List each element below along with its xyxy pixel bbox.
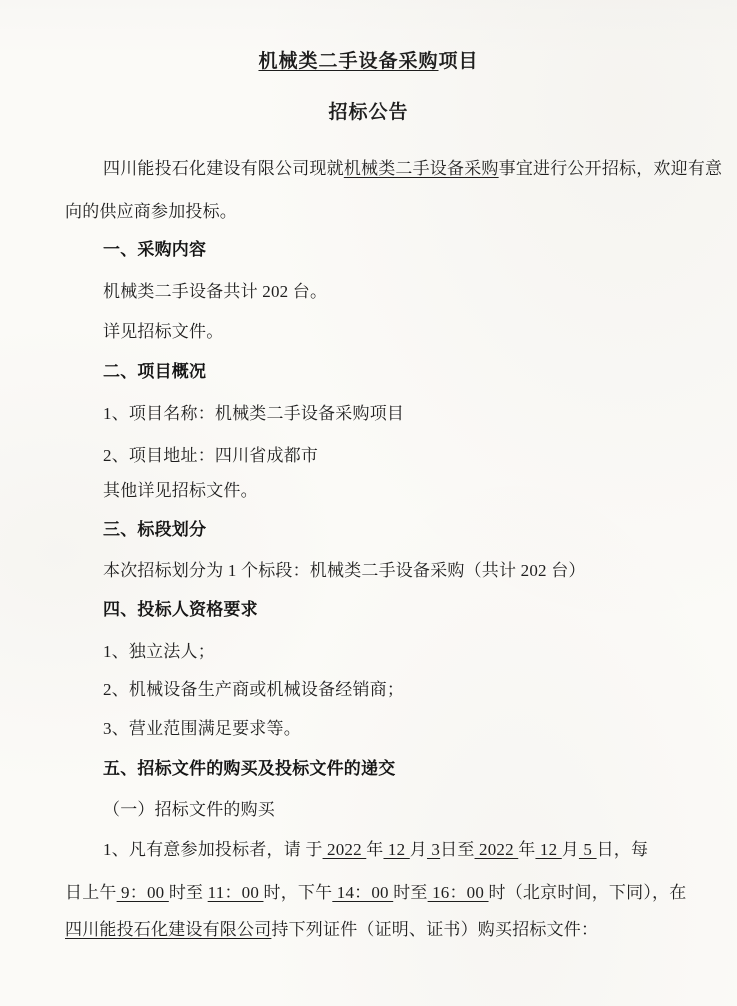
section-2-heading: 二、项目概况 [103, 361, 206, 383]
underlined-text-run: 11：00 [208, 883, 264, 902]
section-1-item-quantity: 机械类二手设备共计 202 台。 [103, 281, 327, 303]
section-5-subheading-1: （一）招标文件的购买 [103, 799, 275, 821]
section-3-heading: 三、标段划分 [103, 519, 206, 541]
underlined-text-run: 16：00 [428, 883, 489, 902]
section-1-heading: 一、采购内容 [103, 239, 206, 261]
section-4-heading: 四、投标人资格要求 [103, 599, 258, 621]
text-run: 一、采购内容 [103, 240, 206, 259]
text-run: 四、投标人资格要求 [103, 600, 258, 619]
underlined-text-run: 12 [535, 840, 561, 859]
text-run: 三、标段划分 [103, 520, 206, 539]
text-run: 日上午 [65, 883, 117, 902]
text-run: 2、机械设备生产商或机械设备经销商； [103, 680, 404, 699]
text-run: 日至 [440, 840, 474, 859]
text-run: 本次招标划分为 1 个标段：机械类二手设备采购（共计 202 台） [103, 561, 586, 580]
text-run: 二、项目概况 [103, 362, 206, 381]
document-title: 机械类二手设备采购项目 [0, 46, 737, 73]
intro-paragraph-line-1: 四川能投石化建设有限公司现就机械类二手设备采购事宜进行公开招标，欢迎有意 [103, 158, 722, 180]
underlined-text-run: 机械类二手设备采购 [258, 51, 438, 72]
scanned-document-page: 机械类二手设备采购项目 招标公告 四川能投石化建设有限公司现就机械类二手设备采购… [0, 0, 737, 1006]
text-run: 四川能投石化建设有限公司现就 [103, 159, 344, 178]
text-run: 1、项目名称：机械类二手设备采购项目 [103, 404, 404, 423]
text-run: 持下列证件（证明、证书）购买招标文件： [271, 920, 598, 939]
intro-paragraph-line-2: 向的供应商参加投标。 [65, 201, 237, 223]
document-subtitle: 招标公告 [0, 97, 737, 124]
text-run: 详见招标文件。 [103, 322, 223, 341]
text-run: 年 [366, 840, 383, 859]
section-2-project-name: 1、项目名称：机械类二手设备采购项目 [103, 403, 404, 425]
section-5-purchase-line-1: 1、凡有意参加投标者，请 于 2022 年 12 月 3日至 2022 年 12… [103, 839, 648, 861]
underlined-text-run: 9：00 [117, 883, 169, 902]
underlined-text-run: 3 [427, 840, 440, 859]
text-run: 时至 [393, 883, 427, 902]
section-4-requirement-3: 3、营业范围满足要求等。 [103, 718, 301, 740]
text-run: 3、营业范围满足要求等。 [103, 719, 301, 738]
section-2-project-address: 2、项目地址：四川省成都市 [103, 445, 318, 467]
section-2-other-see-docs: 其他详见招标文件。 [103, 480, 258, 502]
text-run: 1、独立法人； [103, 642, 215, 661]
text-run: （一）招标文件的购买 [103, 800, 275, 819]
text-run: 事宜进行公开招标，欢迎有意 [499, 159, 723, 178]
section-4-requirement-2: 2、机械设备生产商或机械设备经销商； [103, 679, 404, 701]
text-run: 月 [410, 840, 427, 859]
text-run: 其他详见招标文件。 [103, 481, 258, 500]
text-run: 1、凡有意参加投标者，请 于 [103, 840, 323, 859]
text-run: 五、招标文件的购买及投标文件的递交 [103, 759, 395, 778]
section-5-purchase-line-3: 四川能投石化建设有限公司持下列证件（证明、证书）购买招标文件： [65, 919, 598, 941]
text-run: 时，下午 [264, 883, 333, 902]
underlined-text-run: 2022 [323, 840, 367, 859]
section-5-heading: 五、招标文件的购买及投标文件的递交 [103, 758, 395, 780]
underlined-text-run: 四川能投石化建设有限公司 [65, 920, 271, 939]
text-run: 月 [562, 840, 579, 859]
section-5-purchase-line-2: 日上午 9：00 时至 11：00 时，下午 14：00 时至 16：00 时（… [65, 882, 686, 904]
text-run: 年 [518, 840, 535, 859]
underlined-text-run: 14：00 [332, 883, 393, 902]
underlined-text-run: 2022 [475, 840, 519, 859]
section-1-item-see-docs: 详见招标文件。 [103, 321, 223, 343]
text-run: 时至 [169, 883, 208, 902]
text-run: 时（北京时间，下同），在 [489, 883, 687, 902]
underlined-text-run: 5 [579, 840, 597, 859]
text-run: 日，每 [597, 840, 649, 859]
text-run: 项目 [439, 51, 479, 72]
text-run: 2、项目地址：四川省成都市 [103, 446, 318, 465]
underlined-text-run: 12 [383, 840, 409, 859]
section-3-lot-division: 本次招标划分为 1 个标段：机械类二手设备采购（共计 202 台） [103, 560, 586, 582]
underlined-text-run: 机械类二手设备采购 [344, 159, 499, 178]
text-run: 向的供应商参加投标。 [65, 202, 237, 221]
text-run: 机械类二手设备共计 202 台。 [103, 282, 327, 301]
section-4-requirement-1: 1、独立法人； [103, 641, 215, 663]
